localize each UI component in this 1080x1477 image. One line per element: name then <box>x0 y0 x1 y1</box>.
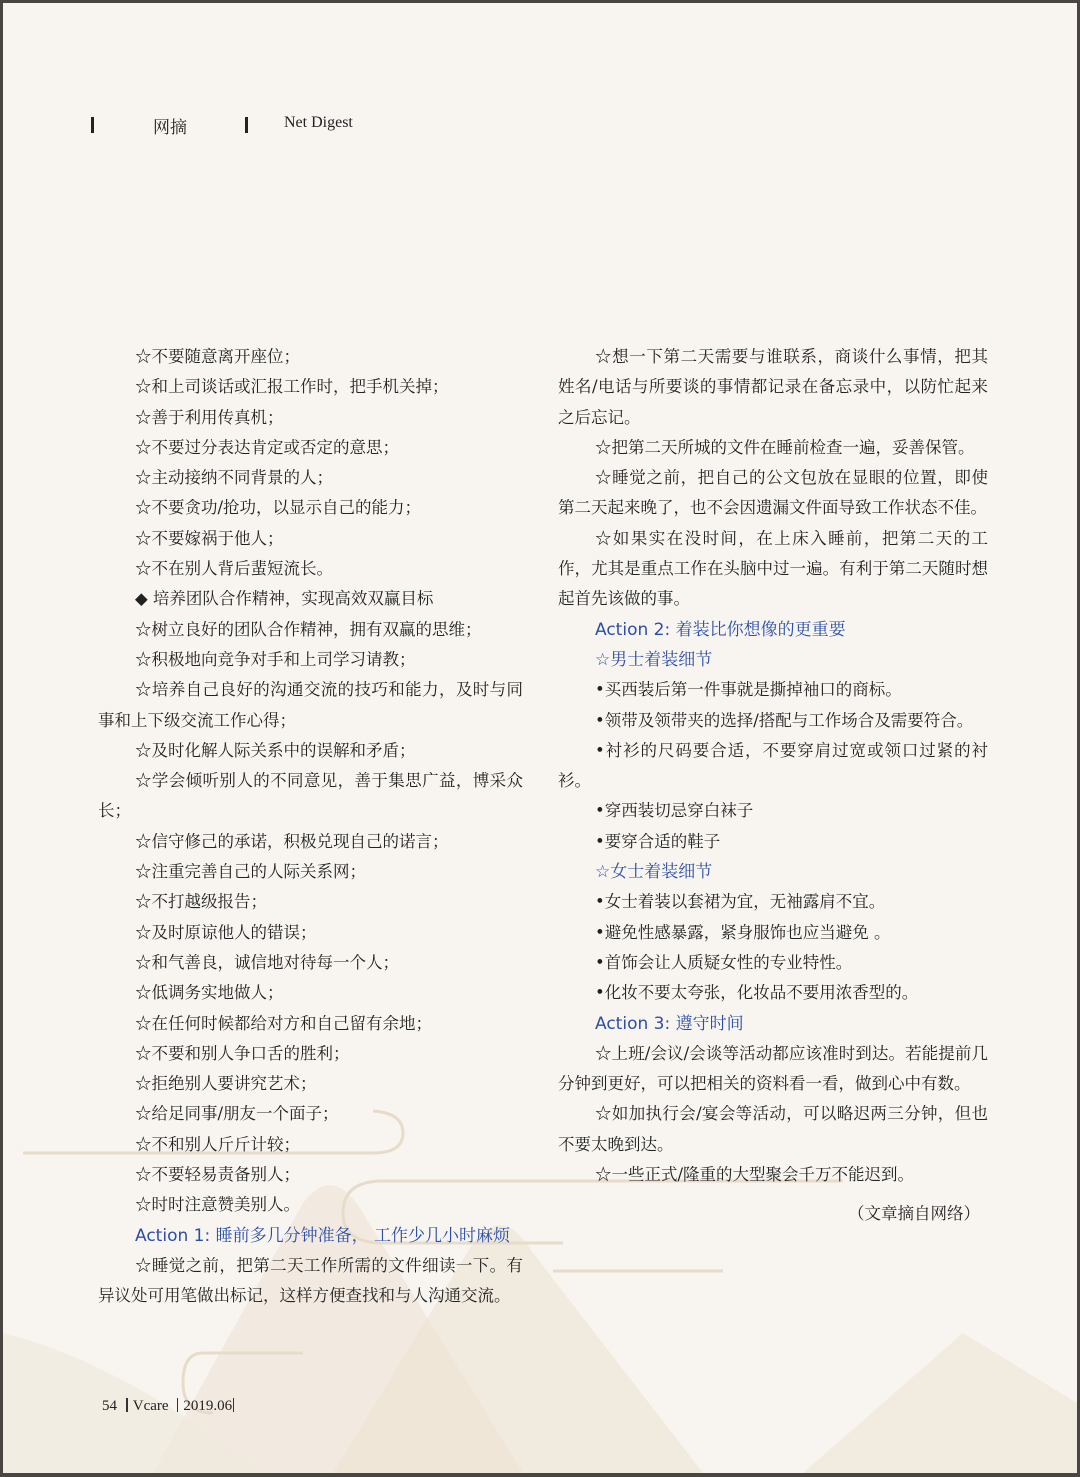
paragraph: ☆树立良好的团队合作精神，拥有双赢的思维； <box>98 615 523 645</box>
paragraph: ☆及时化解人际关系中的误解和矛盾； <box>98 736 523 766</box>
bullet-item: •首饰会让人质疑女性的专业特性。 <box>558 948 988 978</box>
bullet-item: •买西装后第一件事就是撕掉袖口的商标。 <box>558 675 988 705</box>
paragraph: ☆不和别人斤斤计较； <box>98 1130 523 1160</box>
section-title-cn: 网摘 <box>153 113 187 138</box>
paragraph: ☆不要贪功/抢功，以显示自己的能力； <box>98 493 523 523</box>
paragraph: ☆想一下第二天需要与谁联系，商谈什么事情，把其姓名/电话与所要谈的事情都记录在备… <box>558 342 988 433</box>
footer-divider <box>233 1398 234 1412</box>
section-header: 网摘 Net Digest <box>3 113 1077 139</box>
bullet-item: •穿西装切忌穿白袜子 <box>558 796 988 826</box>
paragraph: ☆不要轻易责备别人； <box>98 1160 523 1190</box>
paragraph: ☆不要和别人争口舌的胜利； <box>98 1039 523 1069</box>
paragraph: ☆主动接纳不同背景的人； <box>98 463 523 493</box>
paragraph: ☆给足同事/朋友一个面子； <box>98 1099 523 1129</box>
paragraph: ☆和上司谈话或汇报工作时，把手机关掉； <box>98 372 523 402</box>
paragraph: ☆不打越级报告； <box>98 887 523 917</box>
paragraph: ☆不要嫁祸于他人； <box>98 524 523 554</box>
paragraph: ☆及时原谅他人的错误； <box>98 918 523 948</box>
page-footer: 54 Vcare 2019.06 <box>102 1398 239 1415</box>
paragraph: ☆把第二天所城的文件在睡前检查一遍，妥善保管。 <box>558 433 988 463</box>
action-heading: Action 3: 遵守时间 <box>558 1009 988 1039</box>
paragraph: ☆信守修己的承诺，积极兑现自己的诺言； <box>98 827 523 857</box>
bullet-item: •化妆不要太夸张，化妆品不要用浓香型的。 <box>558 978 988 1008</box>
paragraph: ☆积极地向竞争对手和上司学习请教； <box>98 645 523 675</box>
paragraph: ☆时时注意赞美别人。 <box>98 1190 523 1220</box>
footer-divider <box>126 1398 128 1412</box>
paragraph: ☆上班/会议/会谈等活动都应该准时到达。若能提前几分钟到更好，可以把相关的资料看… <box>558 1039 988 1100</box>
paragraph: ☆一些正式/隆重的大型聚会千万不能迟到。 <box>558 1160 988 1190</box>
left-column: ☆不要随意离开座位； ☆和上司谈话或汇报工作时，把手机关掉； ☆善于利用传真机；… <box>98 342 523 1312</box>
bullet-item: •避免性感暴露，紧身服饰也应当避免 。 <box>558 918 988 948</box>
bullet-item: •女士着装以套裙为宜，无袖露肩不宜。 <box>558 887 988 917</box>
paragraph: ☆如加执行会/宴会等活动，可以略迟两三分钟，但也不要太晚到达。 <box>558 1099 988 1160</box>
action-heading: Action 2: 着装比你想像的更重要 <box>558 615 988 645</box>
action-heading: Action 1: 睡前多几分钟准备， 工作少几小时麻烦 <box>98 1221 523 1251</box>
paragraph: ☆低调务实地做人； <box>98 978 523 1008</box>
issue-date: 2019.06 <box>183 1398 232 1414</box>
bullet-item: •衬衫的尺码要合适，不要穿肩过宽或领口过紧的衬衫。 <box>558 736 988 797</box>
subheading: ☆男士着装细节 <box>558 645 988 675</box>
subheading: ◆ 培养团队合作精神，实现高效双赢目标 <box>98 584 523 614</box>
bullet-item: •要穿合适的鞋子 <box>558 827 988 857</box>
magazine-name: Vcare <box>133 1398 169 1414</box>
paragraph: ☆不要随意离开座位； <box>98 342 523 372</box>
header-divider <box>91 117 94 133</box>
paragraph: ☆不要过分表达肯定或否定的意思； <box>98 433 523 463</box>
paragraph: ☆注重完善自己的人际关系网； <box>98 857 523 887</box>
paragraph: ☆善于利用传真机； <box>98 403 523 433</box>
subheading: ☆女士着装细节 <box>558 857 988 887</box>
page-number: 54 <box>102 1398 117 1414</box>
paragraph: ☆拒绝别人要讲究艺术； <box>98 1069 523 1099</box>
bullet-item: •领带及领带夹的选择/搭配与工作场合及需要符合。 <box>558 706 988 736</box>
right-column: ☆想一下第二天需要与谁联系，商谈什么事情，把其姓名/电话与所要谈的事情都记录在备… <box>558 342 988 1230</box>
paragraph: ☆如果实在没时间，在上床入睡前，把第二天的工作，尤其是重点工作在头脑中过一遍。有… <box>558 524 988 615</box>
paragraph: ☆培养自己良好的沟通交流的技巧和能力，及时与同事和上下级交流工作心得； <box>98 675 523 736</box>
paragraph: ☆睡觉之前，把第二天工作所需的文件细读一下。有异议处可用笔做出标记，这样方便查找… <box>98 1251 523 1312</box>
footer-divider <box>177 1398 178 1412</box>
header-divider <box>245 117 248 133</box>
paragraph: ☆不在别人背后蜚短流长。 <box>98 554 523 584</box>
paragraph: ☆学会倾听别人的不同意见，善于集思广益，博采众长； <box>98 766 523 827</box>
source-note: （文章摘自网络） <box>558 1199 988 1229</box>
paragraph: ☆和气善良，诚信地对待每一个人； <box>98 948 523 978</box>
paragraph: ☆在任何时候都给对方和自己留有余地； <box>98 1009 523 1039</box>
section-title-en: Net Digest <box>284 114 353 132</box>
magazine-page: 网摘 Net Digest ☆不要随意离开座位； ☆和上司谈话或汇报工作时，把手… <box>3 3 1077 1473</box>
paragraph: ☆睡觉之前，把自己的公文包放在显眼的位置，即使第二天起来晚了，也不会因遗漏文件面… <box>558 463 988 524</box>
